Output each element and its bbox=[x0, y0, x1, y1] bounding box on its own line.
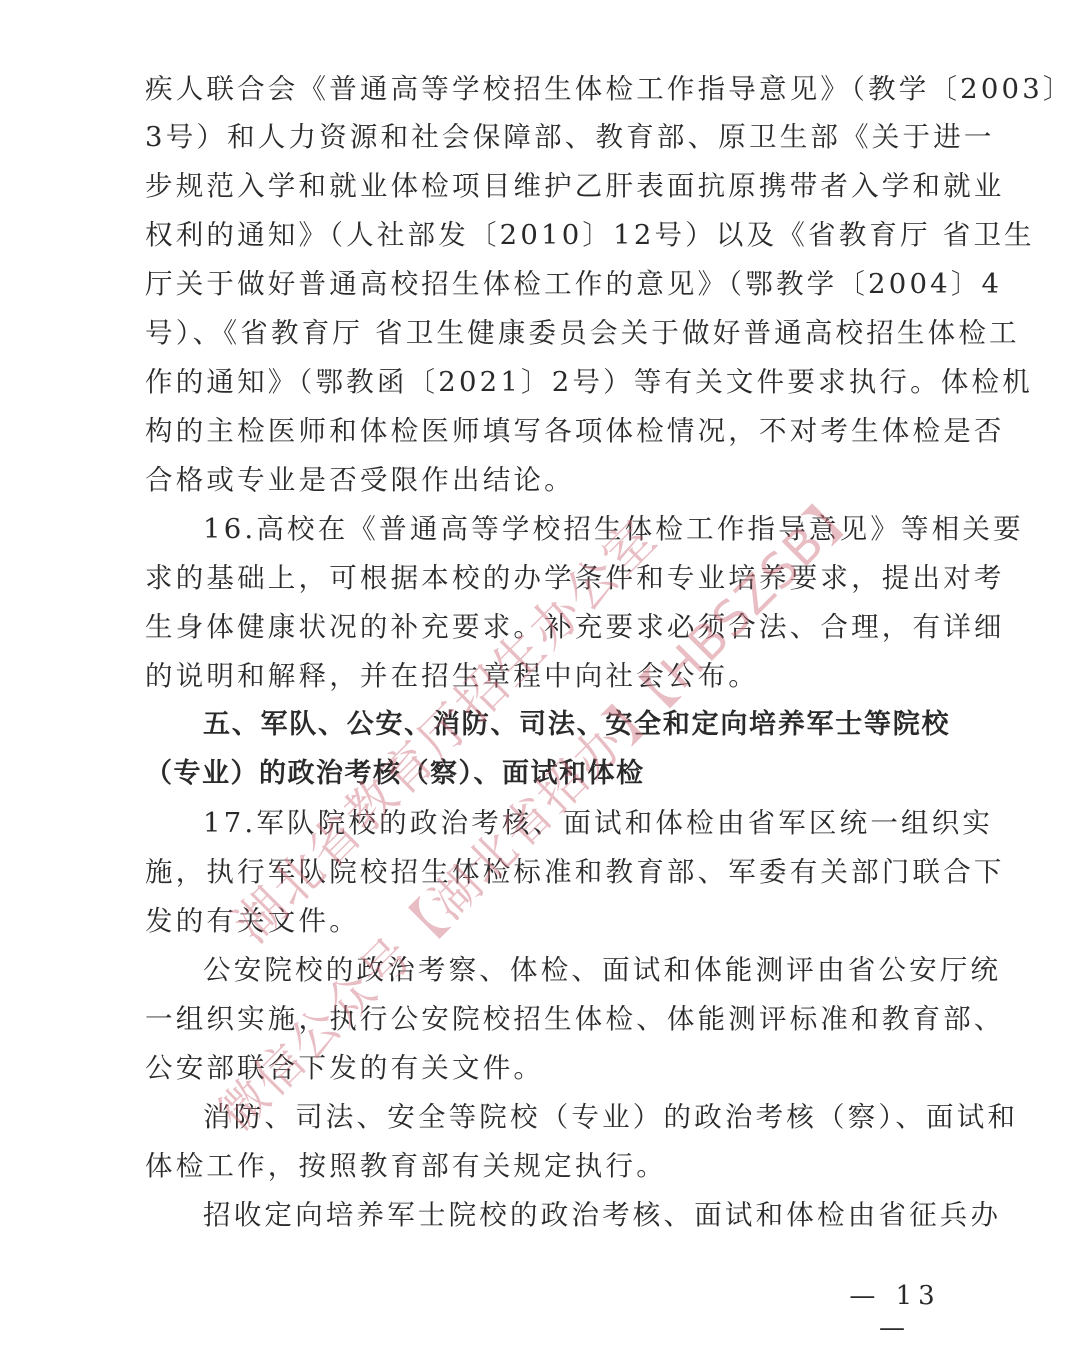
section-heading-line: 五、军队、公安、消防、司法、安全和定向培养军士等院校 bbox=[203, 701, 950, 749]
paragraph-line: 号）、《省教育厅 省卫生健康委员会关于做好普通高校招生体检工 bbox=[145, 309, 950, 357]
paragraph-line: 公安院校的政治考察、体检、面试和体能测评由省公安厅统 bbox=[203, 946, 950, 994]
paragraph-line: 步规范入学和就业体检项目维护乙肝表面抗原携带者入学和就业 bbox=[145, 162, 950, 210]
paragraph-line: 构的主检医师和体检医师填写各项体检情况，不对考生体检是否 bbox=[145, 407, 950, 455]
paragraph-line: 厅关于做好普通高校招生体检工作的意见》（鄂教学〔2004〕4 bbox=[145, 260, 950, 308]
paragraph-line: 公安部联合下发的有关文件。 bbox=[145, 1044, 950, 1092]
paragraph-line: 3号）和人力资源和社会保障部、教育部、原卫生部《关于进一 bbox=[145, 113, 950, 161]
document-page: 疾人联合会《普通高等学校招生体检工作指导意见》（教学〔2003〕 3号）和人力资… bbox=[0, 0, 1080, 1364]
section-heading-line: （专业）的政治考核（察）、面试和体检 bbox=[145, 750, 950, 798]
paragraph-line: 求的基础上，可根据本校的办学条件和专业培养要求，提出对考 bbox=[145, 554, 950, 602]
paragraph-line: 施，执行军队院校招生体检标准和教育部、军委有关部门联合下 bbox=[145, 848, 950, 896]
paragraph-line: 权利的通知》（人社部发〔2010〕12号）以及《省教育厅 省卫生 bbox=[145, 211, 950, 259]
page-number: — 13 — bbox=[845, 1280, 945, 1344]
paragraph-line: 的说明和解释，并在招生章程中向社会公布。 bbox=[145, 652, 950, 700]
paragraph-line: 疾人联合会《普通高等学校招生体检工作指导意见》（教学〔2003〕 bbox=[145, 65, 950, 113]
clause-16-line: 16.高校在《普通高等学校招生体检工作指导意见》等相关要 bbox=[203, 505, 950, 553]
paragraph-line: 发的有关文件。 bbox=[145, 897, 950, 945]
paragraph-line: 消防、司法、安全等院校（专业）的政治考核（察）、面试和 bbox=[203, 1093, 950, 1141]
clause-17-line: 17.军队院校的政治考核、面试和体检由省军区统一组织实 bbox=[203, 799, 950, 847]
paragraph-line: 体检工作，按照教育部有关规定执行。 bbox=[145, 1142, 950, 1190]
paragraph-line: 合格或专业是否受限作出结论。 bbox=[145, 456, 950, 504]
paragraph-line: 生身体健康状况的补充要求。补充要求必须合法、合理，有详细 bbox=[145, 603, 950, 651]
paragraph-line: 一组织实施，执行公安院校招生体检、体能测评标准和教育部、 bbox=[145, 995, 950, 1043]
paragraph-line: 作的通知》（鄂教函〔2021〕2号）等有关文件要求执行。体检机 bbox=[145, 358, 950, 406]
paragraph-line: 招收定向培养军士院校的政治考核、面试和体检由省征兵办 bbox=[203, 1191, 950, 1239]
